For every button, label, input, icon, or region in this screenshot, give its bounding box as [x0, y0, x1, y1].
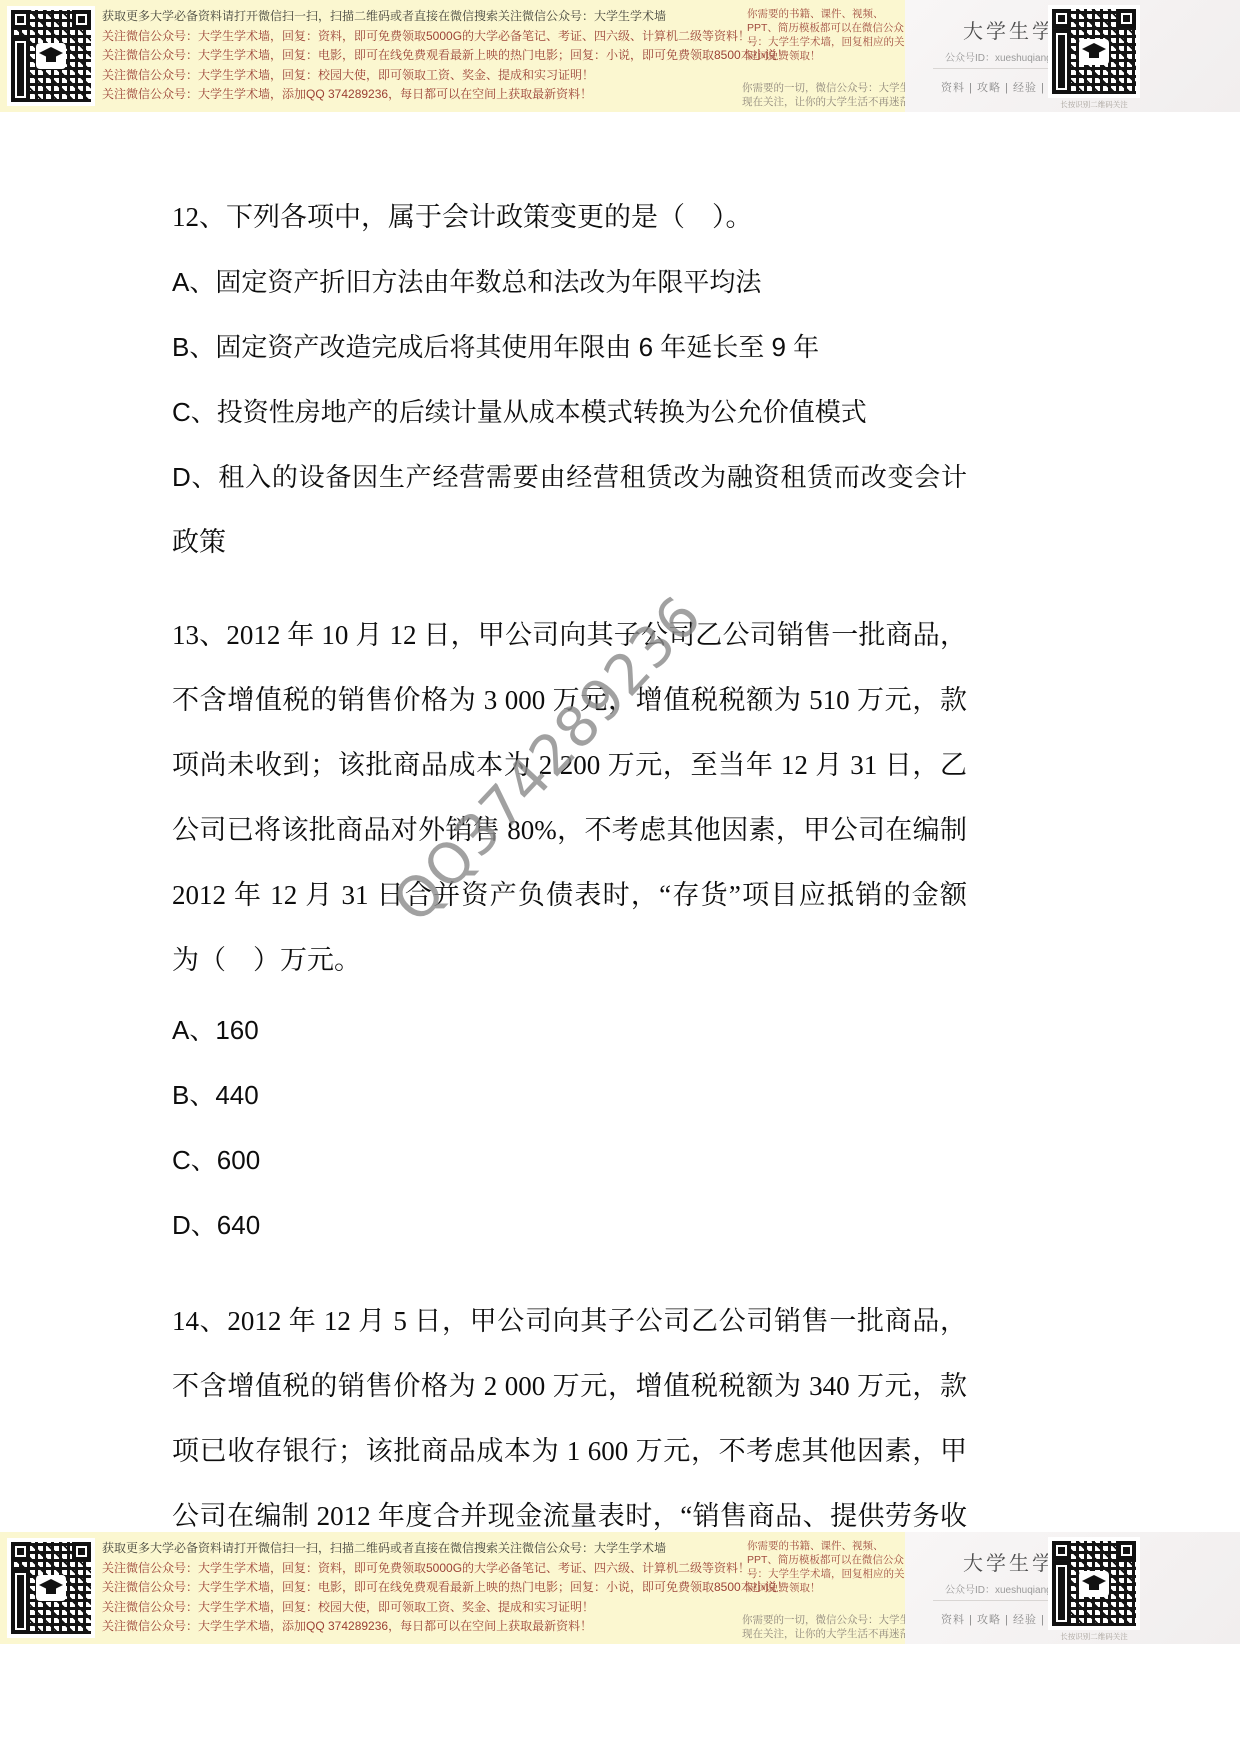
question-13-option-b: B、440 — [172, 1063, 967, 1128]
banner-account-card: 大学生学术墙 公众号ID：xueshuqiang8888 资料 | 攻略 | 经… — [905, 1532, 1240, 1644]
question-12-stem: 12、下列各项中，属于会计政策变更的是（ ）。 — [172, 185, 967, 250]
promo-line: 关注微信公众号：大学生学术墙，回复：校园大使，即可领取工资、奖金、提成和实习证明… — [102, 1598, 789, 1618]
card-divider — [933, 68, 1055, 69]
question-12-option-a: A、固定资产折旧方法由年数总和法改为年限平均法 — [172, 250, 967, 315]
graduation-cap-icon — [36, 43, 66, 69]
question-13-stem-line: 2012 年 12 月 31 日合并资产负债表时，“存货”项目应抵销的金额 — [172, 863, 967, 928]
question-13-option-d: D、640 — [172, 1193, 967, 1258]
question-12-option-d: D、租入的设备因生产经营需要由经营租赁改为融资租赁而改变会计 — [172, 445, 967, 510]
banner-middle-note: 你需要的书籍、课件、视频、PPT、简历模板都可以在微信公众号：大学生学术墙，回复… — [747, 1539, 911, 1595]
exam-questions: 12、下列各项中，属于会计政策变更的是（ ）。 A、固定资产折旧方法由年数总和法… — [172, 185, 967, 1549]
qr-caption: 长按识别二维码关注 — [1048, 99, 1140, 110]
question-13-option-c: C、600 — [172, 1128, 967, 1193]
question-13-option-a: A、160 — [172, 998, 967, 1063]
banner-account-card: 大学生学术墙 公众号ID：xueshuqiang8888 资料 | 攻略 | 经… — [905, 0, 1240, 112]
question-13-stem-line: 为（ ）万元。 — [172, 928, 967, 993]
banner-middle-note: 你需要的书籍、课件、视频、PPT、简历模板都可以在微信公众号：大学生学术墙，回复… — [747, 7, 911, 63]
banner-promo-lines: 获取更多大学必备资料请打开微信扫一扫，扫描二维码或者直接在微信搜索关注微信公众号… — [102, 7, 789, 105]
promo-line: 关注微信公众号：大学生学术墙，回复：电影，即可在线免费观看最新上映的热门电影；回… — [102, 1578, 789, 1598]
question-12-option-c: C、投资性房地产的后续计量从成本模式转换为公允价值模式 — [172, 380, 967, 445]
question-14-stem-line: 14、2012 年 12 月 5 日，甲公司向其子公司乙公司销售一批商品， — [172, 1289, 967, 1354]
page: 获取更多大学必备资料请打开微信扫一扫，扫描二维码或者直接在微信搜索关注微信公众号… — [0, 0, 1240, 1754]
qr-code — [7, 6, 95, 106]
promo-line: 关注微信公众号：大学生学术墙，回复：校园大使，即可领取工资、奖金、提成和实习证明… — [102, 66, 789, 86]
promo-line: 关注微信公众号：大学生学术墙，回复：电影，即可在线免费观看最新上映的热门电影；回… — [102, 46, 789, 66]
question-14-stem-line: 不含增值税的销售价格为 2 000 万元，增值税税额为 340 万元，款 — [172, 1354, 967, 1419]
promo-line: 关注微信公众号：大学生学术墙，添加QQ 374289236，每日都可以在空间上获… — [102, 1617, 789, 1637]
promo-line: 获取更多大学必备资料请打开微信扫一扫，扫描二维码或者直接在微信搜索关注微信公众号… — [102, 1539, 789, 1559]
question-12-option-d-wrap: 政策 — [172, 510, 967, 575]
graduation-cap-icon — [1079, 1571, 1109, 1597]
card-divider — [933, 1600, 1055, 1601]
qr-caption: 长按识别二维码关注 — [1048, 1631, 1140, 1642]
footer-promo-banner: 获取更多大学必备资料请打开微信扫一扫，扫描二维码或者直接在微信搜索关注微信公众号… — [0, 1532, 1240, 1644]
question-14-stem-line: 项已收存银行；该批商品成本为 1 600 万元，不考虑其他因素，甲 — [172, 1419, 967, 1484]
promo-line: 关注微信公众号：大学生学术墙，添加QQ 374289236，每日都可以在空间上获… — [102, 85, 789, 105]
header-promo-banner: 获取更多大学必备资料请打开微信扫一扫，扫描二维码或者直接在微信搜索关注微信公众号… — [0, 0, 1240, 112]
promo-line: 获取更多大学必备资料请打开微信扫一扫，扫描二维码或者直接在微信搜索关注微信公众号… — [102, 7, 789, 27]
promo-line: 关注微信公众号：大学生学术墙，回复：资料，即可免费领取5000G的大学必备笔记、… — [102, 27, 789, 47]
qr-code — [7, 1538, 95, 1638]
graduation-cap-icon — [1079, 39, 1109, 65]
promo-line: 关注微信公众号：大学生学术墙，回复：资料，即可免费领取5000G的大学必备笔记、… — [102, 1559, 789, 1579]
qr-code — [1048, 1537, 1140, 1630]
graduation-cap-icon — [36, 1575, 66, 1601]
question-12-option-b: B、固定资产改造完成后将其使用年限由 6 年延长至 9 年 — [172, 315, 967, 380]
banner-promo-lines: 获取更多大学必备资料请打开微信扫一扫，扫描二维码或者直接在微信搜索关注微信公众号… — [102, 1539, 789, 1637]
qr-code — [1048, 5, 1140, 98]
